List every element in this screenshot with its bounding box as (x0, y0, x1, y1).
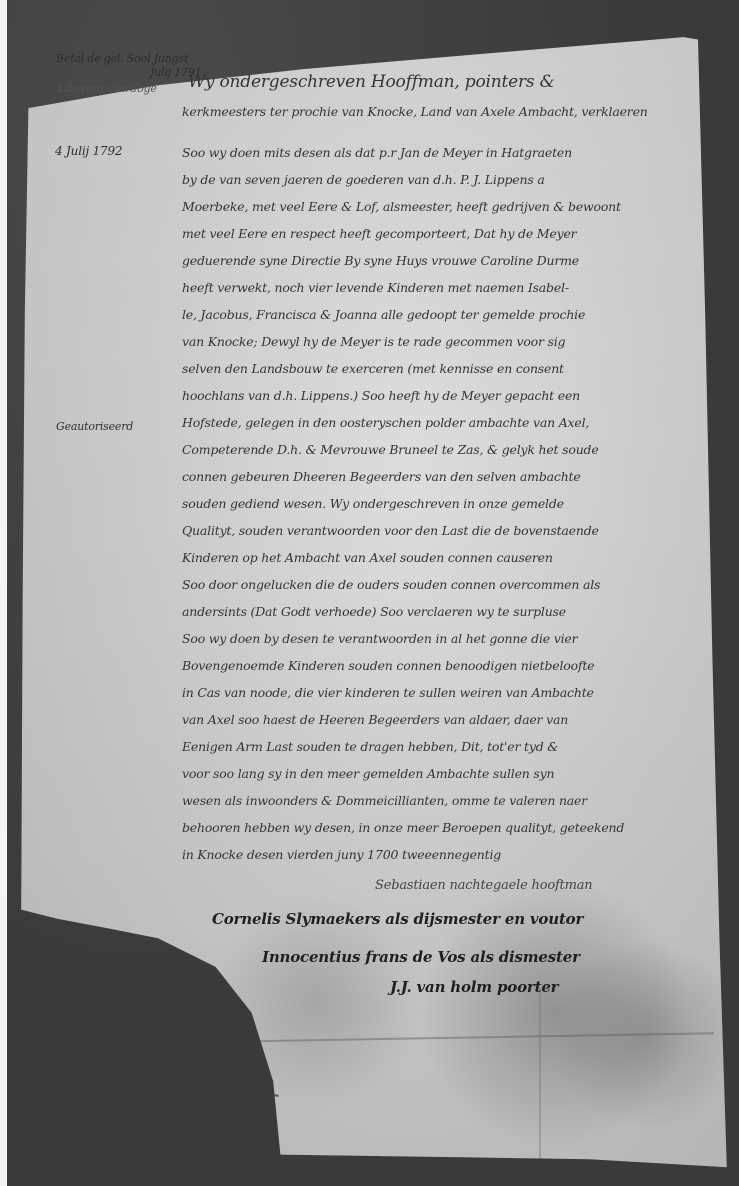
image-border (0, 0, 7, 1186)
body-line: behooren hebben wy desen, in onze meer B… (182, 820, 624, 835)
margin-annotation: Geautoriseerd (56, 420, 133, 433)
body-line: Hofstede, gelegen in den oosteryschen po… (182, 415, 589, 430)
body-line: Soo wy doen by desen te verantwoorden in… (182, 631, 577, 646)
body-line: hoochlans van d.h. Lippens.) Soo heeft h… (182, 388, 580, 403)
body-line: in Cas van noode, die vier kinderen te s… (182, 685, 594, 700)
body-line: van Knocke; Dewyl hy de Meyer is te rade… (182, 334, 565, 349)
body-line: Soo door ongelucken die de ouders souden… (182, 577, 600, 592)
body-line: andersints (Dat Godt verhoede) Soo vercl… (182, 604, 566, 619)
body-line: kerkmeesters ter prochie van Knocke, Lan… (182, 104, 648, 119)
body-line: Kinderen op het Ambacht van Axel souden … (182, 550, 553, 565)
body-line: Competerende D.h. & Mevrouwe Bruneel te … (182, 442, 599, 457)
body-line: by de van seven jaeren de goederen van d… (182, 172, 545, 187)
fold-crease-vertical (539, 988, 541, 1186)
body-line: heeft verwekt, noch vier levende Kindere… (182, 280, 569, 295)
signature-2: Cornelis Slymaekers als dijsmester en vo… (212, 910, 583, 928)
body-line: geduerende syne Directie By syne Huys vr… (182, 253, 579, 268)
signature-3: Innocentius frans de Vos als dismester (262, 948, 580, 966)
header-note-3: Liberam suardoge (58, 82, 157, 95)
body-line: le, Jacobus, Francisca & Joanna alle ged… (182, 307, 585, 322)
body-line: Soo wy doen mits desen als dat p.r Jan d… (182, 145, 572, 160)
margin-date: 4 Julij 1792 (55, 144, 122, 158)
body-line: Qualityt, souden verantwoorden voor den … (182, 523, 599, 538)
body-line: souden gediend wesen. Wy ondergeschreven… (182, 496, 564, 511)
header-note-1: Betal de gel. Sool Jungst (56, 52, 188, 65)
body-line: wesen als inwoonders & Dommeicillianten,… (182, 793, 587, 808)
body-line: met veel Eere en respect heeft gecomport… (182, 226, 576, 241)
body-line: Moerbeke, met veel Eere & Lof, alsmeeste… (182, 199, 621, 214)
document-title: Wy ondergeschreven Hooffman, pointers & (188, 72, 555, 92)
signature-1: Sebastiaen nachtegaele hooftman (375, 878, 592, 893)
signature-4: J.J. van holm poorter (390, 978, 558, 996)
body-line: van Axel soo haest de Heeren Begeerders … (182, 712, 568, 727)
body-line: Bovengenoemde Kinderen souden connen ben… (182, 658, 594, 673)
body-line: selven den Landsbouw te exerceren (met k… (182, 361, 564, 376)
body-line: in Knocke desen vierden juny 1700 tweeen… (182, 847, 501, 862)
body-line: connen gebeuren Dheeren Begeerders van d… (182, 469, 581, 484)
body-line: voor soo lang sy in den meer gemelden Am… (182, 766, 554, 781)
body-line: Eenigen Arm Last souden te dragen hebben… (182, 739, 558, 754)
